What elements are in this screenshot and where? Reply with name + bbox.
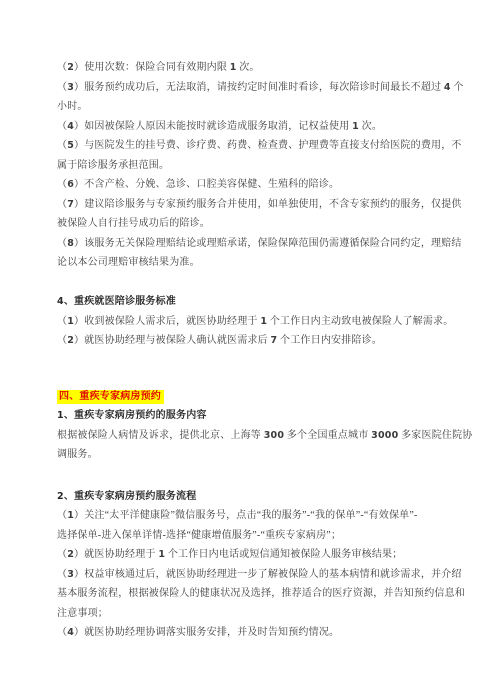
- clause-paragraph: （6）不含产检、分娩、急诊、口腔美容保健、生殖科的陪诊。: [57, 175, 495, 195]
- standard-item: （1）收到被保险人需求后，就医协助经理于 1 个工作日内主动致电被保险人了解需求…: [57, 312, 495, 332]
- chapter-heading-highlight: 四、重疾专家病房预约: [57, 390, 164, 404]
- subsection-1-body: 根据被保险人病情及诉求，提供北京、上海等 300 多个全国重点城市 3000 多…: [57, 426, 495, 465]
- clause-paragraph: （3）服务预约成功后，无法取消，请按约定时间准时看诊，每次陪诊时间最长不超过 4…: [57, 78, 495, 117]
- process-step: （4）就医协助经理协调落实服务安排，并及时告知预约情况。: [57, 623, 495, 643]
- process-step: （2）就医协助经理于 1 个工作日内电话或短信通知被保险人服务审核结果；: [57, 545, 495, 565]
- blank-line-spacer: [57, 273, 495, 293]
- chapter-heading-line: 四、重疾专家病房预约: [57, 387, 495, 407]
- clause-paragraph: （7）建议陪诊服务与专家预约服务合并使用，如单独使用，不含专家预约的服务，仅提供…: [57, 195, 495, 234]
- section-gap-spacer: [57, 351, 495, 387]
- subsection-gap-spacer: [57, 465, 495, 487]
- clause-paragraph: （4）如因被保险人原因未能按时就诊造成服务取消，记权益使用 1 次。: [57, 117, 495, 137]
- clause-paragraph: （5）与医院发生的挂号费、诊疗费、药费、检查费、护理费等直接支付给医院的费用，不…: [57, 136, 495, 175]
- section-4-heading: 4、重疾就医陪诊服务标准: [57, 292, 495, 312]
- process-step: （1）关注“太平洋健康险”微信服务号，点击“我的服务”-“我的保单”-“有效保单…: [57, 506, 495, 545]
- standard-item: （2）就医协助经理与被保险人确认就医需求后 7 个工作日内安排陪诊。: [57, 331, 495, 351]
- subsection-1-heading: 1、重疾专家病房预约的服务内容: [57, 406, 495, 426]
- clause-paragraph: （2）使用次数：保险合同有效期内限 1 次。: [57, 58, 495, 78]
- subsection-2-heading: 2、重疾专家病房预约服务流程: [57, 487, 495, 507]
- clause-paragraph: （8）该服务无关保险理赔结论或理赔承诺，保险保障范围仍需遵循保险合同约定，理赔结…: [57, 234, 495, 273]
- document-page: （2）使用次数：保险合同有效期内限 1 次。 （3）服务预约成功后，无法取消，请…: [0, 0, 495, 700]
- process-step: （3）权益审核通过后，就医协助经理进一步了解被保险人的基本病情和就诊需求，并介绍…: [57, 565, 495, 624]
